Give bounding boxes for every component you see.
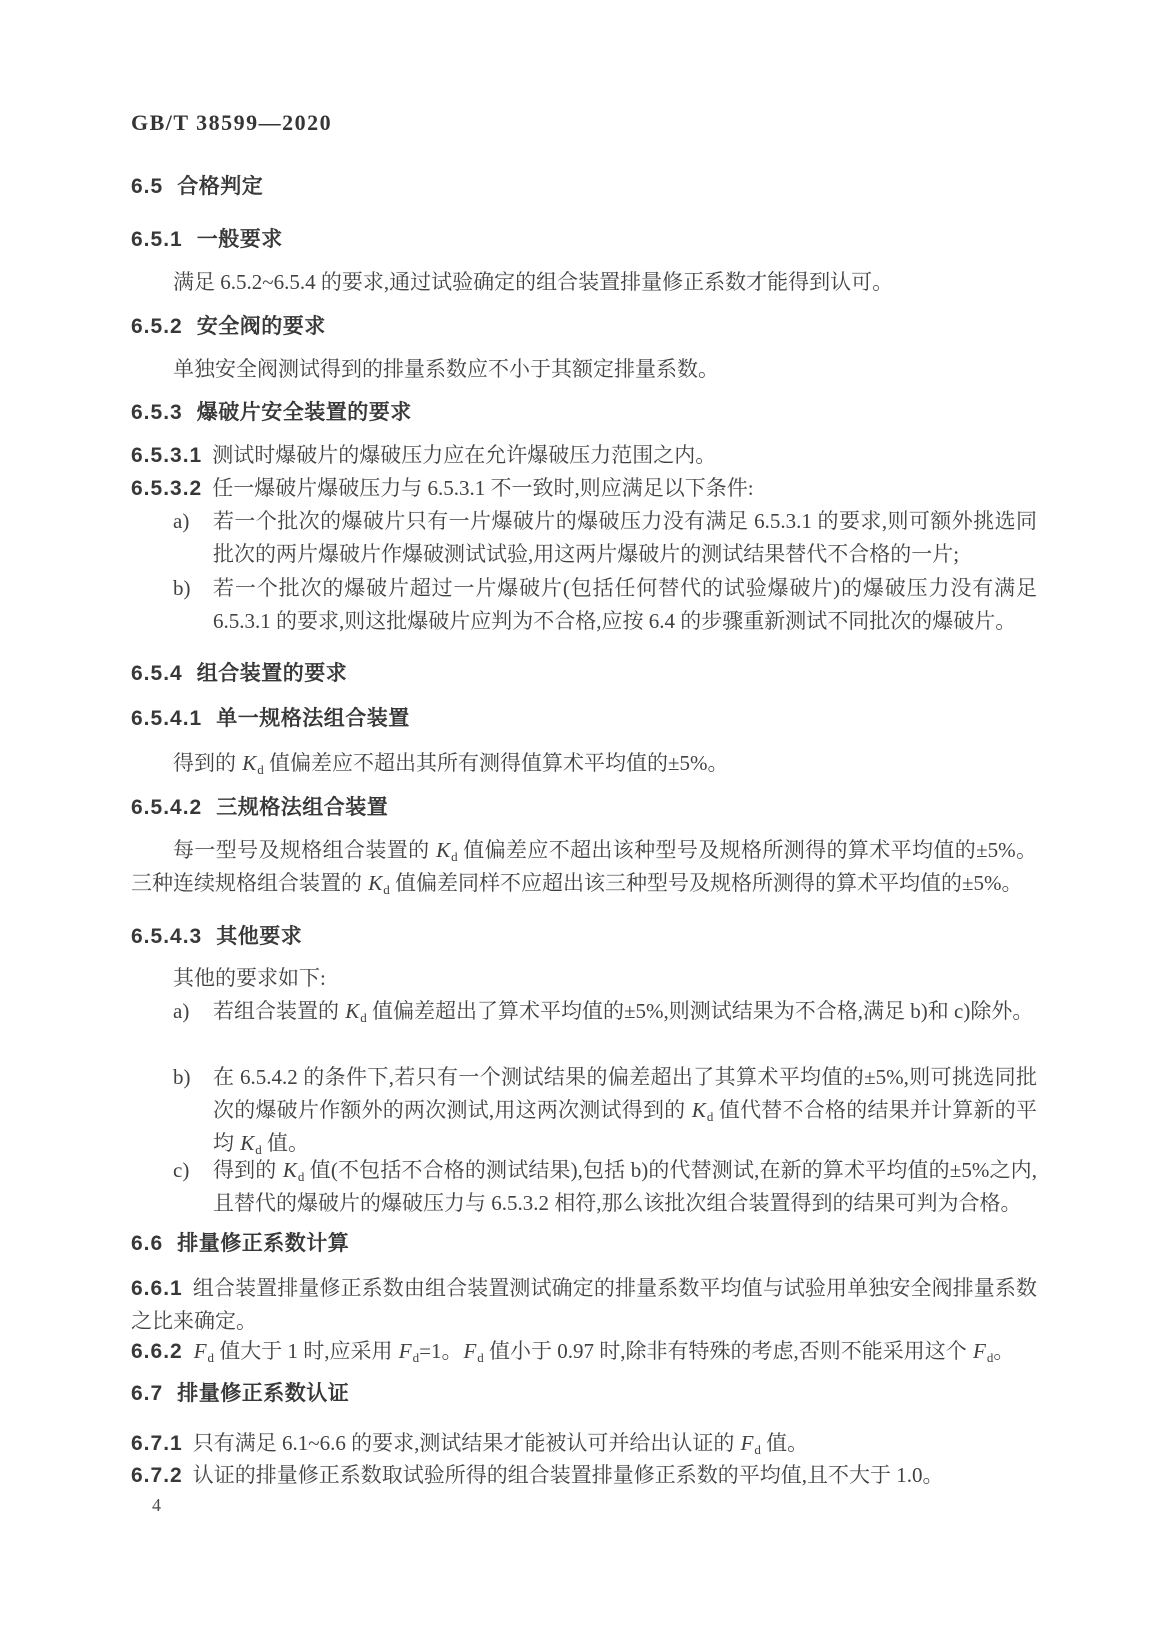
paragraph-6-5-2: 单独安全阀测试得到的排量系数应不小于其额定排量系数。 (131, 353, 1037, 386)
variable-symbol: K (239, 1131, 255, 1155)
variable-symbol: K (435, 838, 451, 862)
section-number: 6.5.3 (131, 401, 183, 424)
doc-code-header: GB/T 38599—2020 (131, 106, 1037, 139)
variable-symbol: K (367, 871, 383, 895)
variable-subscript: d (987, 1350, 994, 1365)
paragraph-6-5-4-1: 得到的 Kd 值偏差应不超出其所有测得值算术平均值的±5%。 (131, 747, 1037, 780)
variable-subscript: d (298, 1169, 305, 1184)
clause-number: 6.7.1 (131, 1432, 183, 1455)
section-heading-6-5-2: 6.5.2安全阀的要求 (131, 310, 1037, 343)
variable-symbol: K (241, 751, 257, 775)
paragraph-6-5-4-2: 每一型号及规格组合装置的 Kd 值偏差应不超出该种型号及规格所测得的算术平均值的… (131, 834, 1037, 900)
section-title: 排量修正系数计算 (177, 1232, 349, 1255)
section-number: 6.5.4.1 (131, 707, 202, 730)
clause-number: 6.5.3.2 (131, 477, 202, 500)
list-item-text: 若一个批次的爆破片只有一片爆破片的爆破压力没有满足 6.5.3.1 的要求,则可… (213, 509, 1037, 566)
variable-symbol: F (398, 1339, 413, 1363)
list-item-a: a)若一个批次的爆破片只有一片爆破片的爆破压力没有满足 6.5.3.1 的要求,… (213, 505, 1037, 571)
section-number: 6.6 (131, 1232, 163, 1255)
paragraph-6-5-1: 满足 6.5.2~6.5.4 的要求,通过试验确定的组合装置排量修正系数才能得到… (131, 266, 1037, 299)
section-heading-6-5-4-2: 6.5.4.2三规格法组合装置 (131, 791, 1037, 824)
section-title: 一般要求 (197, 228, 283, 251)
list-marker: c) (173, 1154, 209, 1187)
variable-symbol: F (740, 1431, 755, 1455)
clause-number: 6.7.2 (131, 1464, 183, 1487)
section-title: 单一规格法组合装置 (216, 707, 410, 730)
clause-number: 6.6.1 (131, 1277, 183, 1300)
variable-symbol: K (282, 1158, 298, 1182)
section-number: 6.5.4.2 (131, 796, 202, 819)
list-marker: a) (173, 505, 209, 538)
section-number: 6.5.1 (131, 228, 183, 251)
list-marker: b) (173, 1061, 209, 1094)
list-item-a: a)若组合装置的 Kd 值偏差超出了算术平均值的±5%,则测试结果为不合格,满足… (213, 995, 1037, 1028)
clause-6-6-1: 6.6.1组合装置排量修正系数由组合装置测试确定的排量系数平均值与试验用单独安全… (131, 1272, 1037, 1338)
page-number: 4 (152, 1494, 162, 1516)
variable-symbol: F (193, 1339, 208, 1363)
section-number: 6.5 (131, 175, 163, 198)
list-item-text: 得到的 Kd 值(不包括不合格的测试结果),包括 b)的代替测试,在新的算术平均… (213, 1158, 1037, 1215)
section-number: 6.5.4.3 (131, 925, 202, 948)
variable-subscript: d (383, 882, 390, 897)
clause-6-6-2: 6.6.2Fd 值大于 1 时,应采用 Fd=1。Fd 值小于 0.97 时,除… (131, 1335, 1037, 1368)
section-title: 安全阀的要求 (197, 315, 326, 338)
section-number: 6.5.4 (131, 662, 183, 685)
clause-text: 认证的排量修正系数取试验所得的组合装置排量修正系数的平均值,且不大于 1.0。 (193, 1463, 944, 1487)
clause-text: Fd 值大于 1 时,应采用 Fd=1。Fd 值小于 0.97 时,除非有特殊的… (193, 1339, 1015, 1363)
section-title: 组合装置的要求 (197, 662, 348, 685)
variable-subscript: d (360, 1010, 367, 1025)
document-page: GB/T 38599—2020 6.5合格判定 6.5.1一般要求 满足 6.5… (0, 0, 1170, 1635)
list-marker: b) (173, 572, 209, 605)
section-heading-6-5-4-3: 6.5.4.3其他要求 (131, 920, 1037, 953)
section-title: 其他要求 (216, 925, 302, 948)
list-item-c: c)得到的 Kd 值(不包括不合格的测试结果),包括 b)的代替测试,在新的算术… (213, 1154, 1037, 1220)
section-title: 爆破片安全装置的要求 (197, 401, 412, 424)
clause-6-7-1: 6.7.1只有满足 6.1~6.6 的要求,测试结果才能被认可并给出认证的 Fd… (131, 1427, 1037, 1460)
section-heading-6-5-3: 6.5.3爆破片安全装置的要求 (131, 396, 1037, 429)
variable-subscript: d (477, 1350, 484, 1365)
variable-subscript: d (413, 1350, 420, 1365)
section-title: 合格判定 (177, 175, 263, 198)
paragraph-6-5-4-3-intro: 其他的要求如下: (131, 962, 1037, 995)
section-heading-6-6: 6.6排量修正系数计算 (131, 1227, 1037, 1260)
section-heading-6-5-4-1: 6.5.4.1单一规格法组合装置 (131, 702, 1037, 735)
clause-text: 任一爆破片爆破压力与 6.5.3.1 不一致时,则应满足以下条件: (212, 476, 753, 500)
clause-text: 测试时爆破片的爆破压力应在允许爆破压力范围之内。 (212, 443, 716, 467)
clause-text: 只有满足 6.1~6.6 的要求,测试结果才能被认可并给出认证的 Fd 值。 (193, 1431, 808, 1455)
clause-text: 组合装置排量修正系数由组合装置测试确定的排量系数平均值与试验用单独安全阀排量系数… (131, 1276, 1037, 1333)
clause-6-7-2: 6.7.2认证的排量修正系数取试验所得的组合装置排量修正系数的平均值,且不大于 … (131, 1459, 1037, 1492)
section-heading-6-5: 6.5合格判定 (131, 170, 1037, 203)
section-number: 6.7 (131, 1382, 163, 1405)
variable-symbol: F (972, 1339, 987, 1363)
variable-subscript: d (451, 849, 458, 864)
variable-subscript: d (208, 1350, 215, 1365)
clause-6-5-3-1: 6.5.3.1测试时爆破片的爆破压力应在允许爆破压力范围之内。 (131, 439, 1037, 472)
list-marker: a) (173, 995, 209, 1028)
list-item-b: b)若一个批次的爆破片超过一片爆破片(包括任何替代的试验爆破片)的爆破压力没有满… (213, 572, 1037, 638)
list-item-b: b)在 6.5.4.2 的条件下,若只有一个测试结果的偏差超出了其算术平均值的±… (213, 1061, 1037, 1160)
variable-subscript: d (257, 762, 264, 777)
variable-symbol: K (344, 999, 360, 1023)
section-title: 排量修正系数认证 (177, 1382, 349, 1405)
list-item-text: 若组合装置的 Kd 值偏差超出了算术平均值的±5%,则测试结果为不合格,满足 b… (213, 999, 1033, 1023)
clause-number: 6.6.2 (131, 1340, 183, 1363)
clause-number: 6.5.3.1 (131, 444, 202, 467)
section-title: 三规格法组合装置 (216, 796, 388, 819)
variable-symbol: K (691, 1098, 707, 1122)
section-heading-6-5-4: 6.5.4组合装置的要求 (131, 657, 1037, 690)
list-item-text: 若一个批次的爆破片超过一片爆破片(包括任何替代的试验爆破片)的爆破压力没有满足 … (213, 576, 1037, 633)
section-heading-6-5-1: 6.5.1一般要求 (131, 223, 1037, 256)
clause-6-5-3-2: 6.5.3.2任一爆破片爆破压力与 6.5.3.1 不一致时,则应满足以下条件: (131, 472, 1037, 505)
list-item-text: 在 6.5.4.2 的条件下,若只有一个测试结果的偏差超出了其算术平均值的±5%… (213, 1065, 1037, 1155)
variable-subscript: d (707, 1109, 714, 1124)
section-number: 6.5.2 (131, 315, 183, 338)
variable-symbol: F (462, 1339, 477, 1363)
section-heading-6-7: 6.7排量修正系数认证 (131, 1377, 1037, 1410)
variable-subscript: d (754, 1442, 761, 1457)
